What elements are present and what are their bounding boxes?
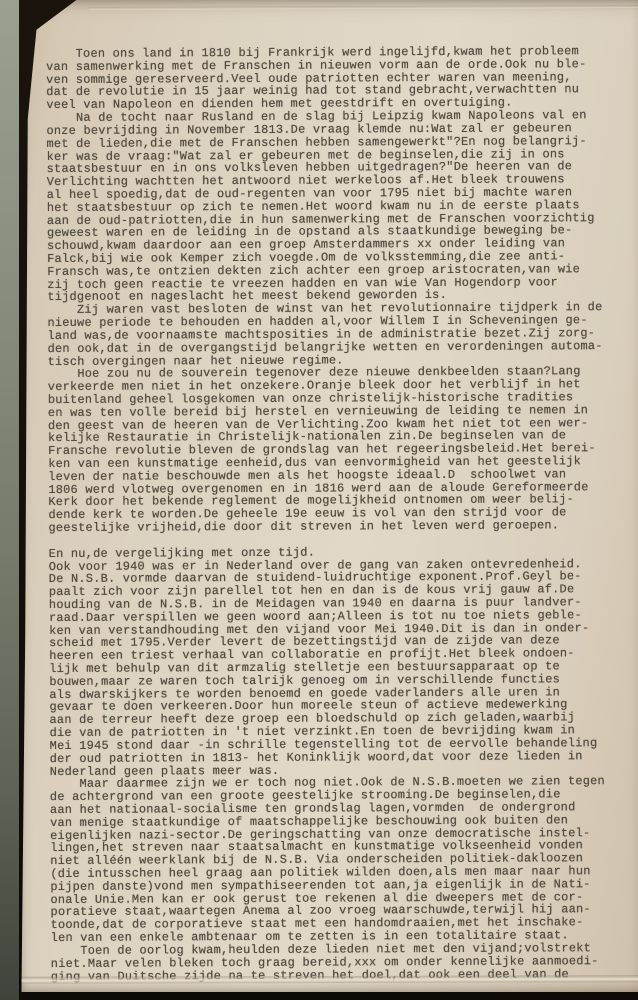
paper-sheet: Toen ons land in 1810 bij Frankrijk werd… xyxy=(14,0,638,992)
binding-edge xyxy=(0,0,19,1000)
top-crease xyxy=(89,5,638,10)
photo-background: Toen ons land in 1810 bij Frankrijk werd… xyxy=(0,0,638,1000)
bottom-fold xyxy=(14,975,638,984)
typewritten-text: Toen ons land in 1810 bij Frankrijk werd… xyxy=(46,45,635,983)
